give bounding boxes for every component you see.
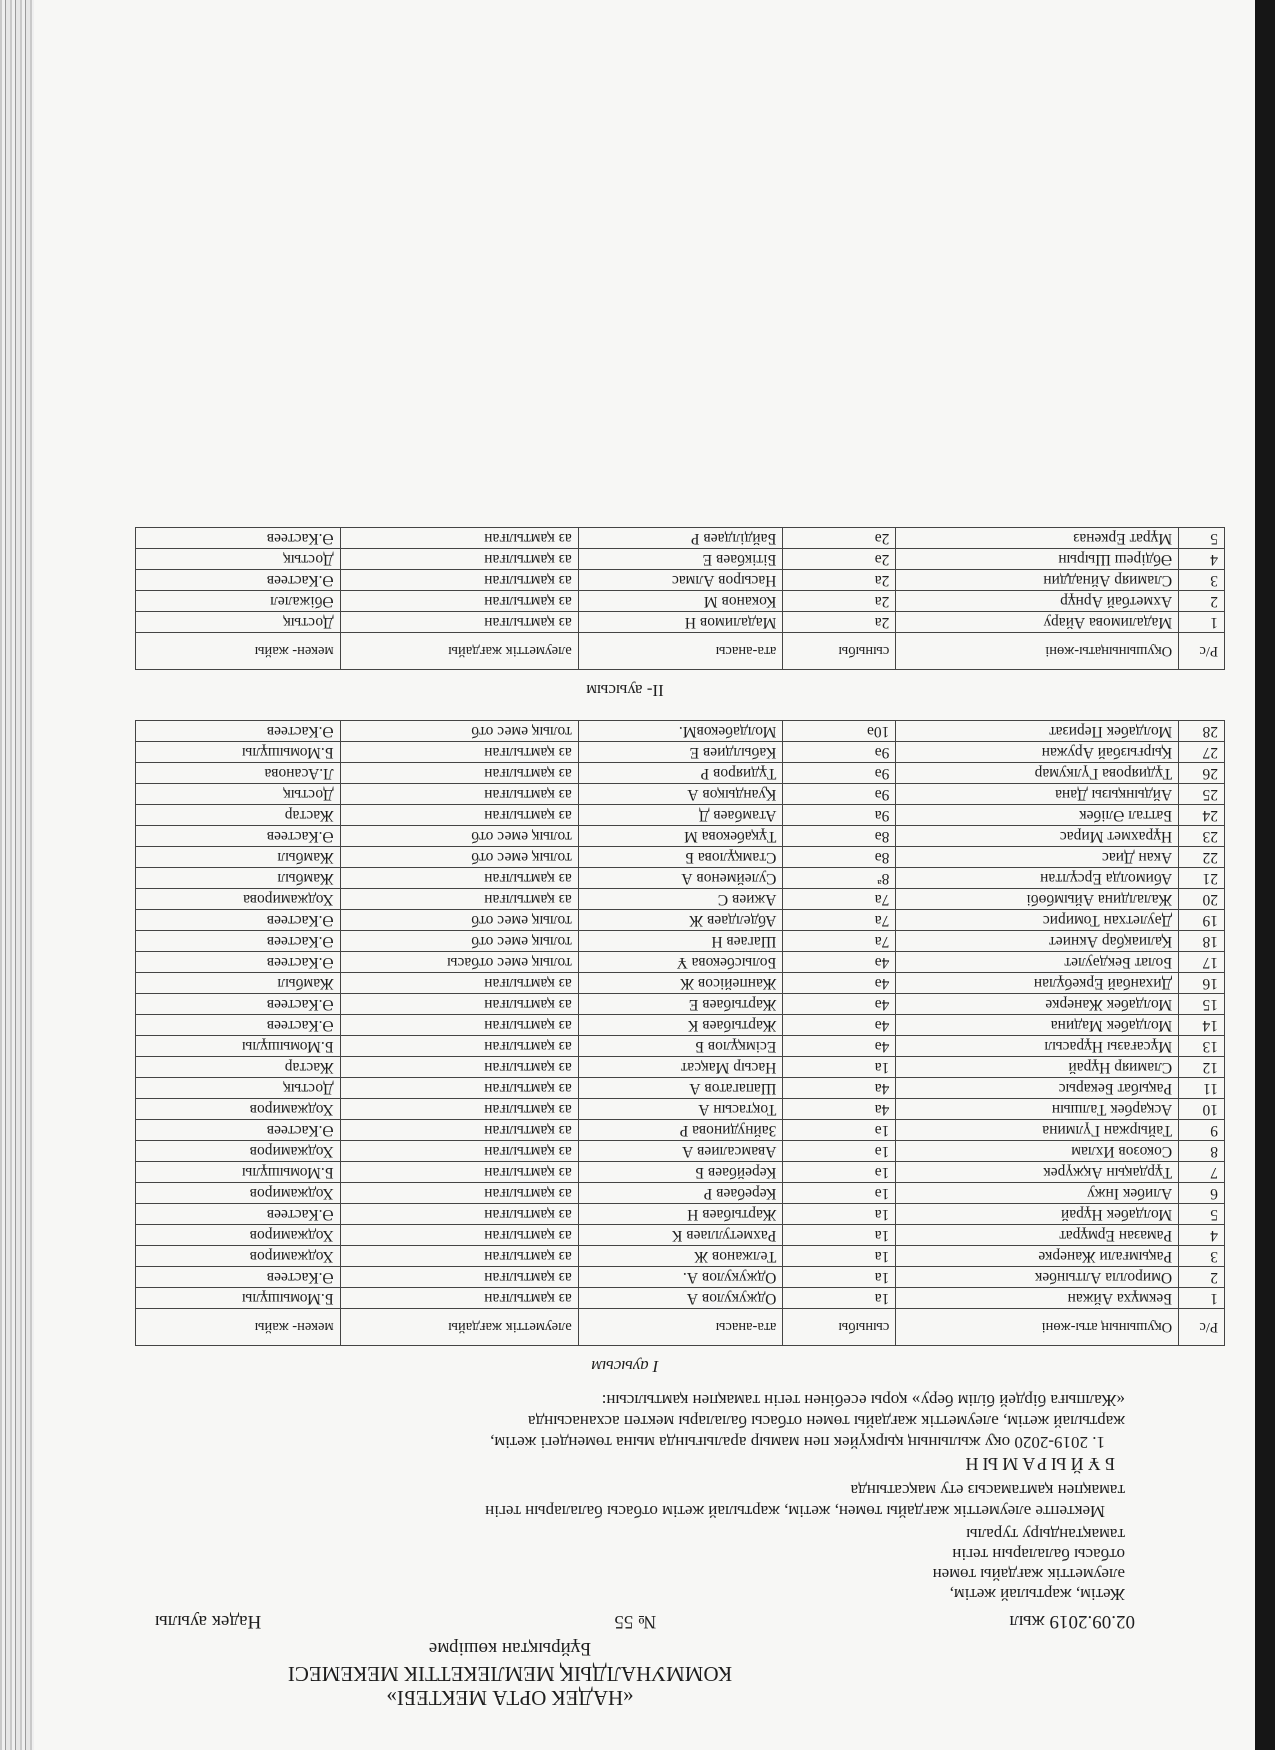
col-header-social-status: әлеуметтік жағдайы bbox=[340, 1309, 578, 1346]
cell-no: 27 bbox=[1179, 742, 1225, 763]
cell-class: 10ә bbox=[783, 721, 896, 742]
cell-social-status: аз қамтылған bbox=[340, 549, 578, 570]
cell-name: Акан Диас bbox=[896, 847, 1179, 868]
cell-class: 9ә bbox=[783, 784, 896, 805]
intro-line: тамақпен қамтамасыз ету мақсатында bbox=[205, 1480, 1125, 1501]
col-header-parent: ата-анасы bbox=[578, 1309, 783, 1346]
cell-social-status: аз қамтылған bbox=[340, 1267, 578, 1288]
cell-no: 2 bbox=[1179, 1267, 1225, 1288]
cell-address: Ә.Кастеев bbox=[136, 952, 341, 973]
table-row: 10Асқарбек Талшын4аТоқтасын Ааз қамтылға… bbox=[136, 1099, 1225, 1120]
table-row: 9Тайыржан Гүлмина1әЗайнудинова Раз қамты… bbox=[136, 1120, 1225, 1141]
cell-parent: Байділдаев Р bbox=[578, 528, 783, 549]
cell-no: 25 bbox=[1179, 784, 1225, 805]
scanned-document-page: «НАДЕК ОРТА МЕКТЕБІ» КОММУНАЛДЫҚ МЕМЛЕКЕ… bbox=[34, 0, 1255, 1750]
col-header-class: сыныбы bbox=[783, 1309, 896, 1346]
cell-no: 16 bbox=[1179, 973, 1225, 994]
cell-no: 24 bbox=[1179, 805, 1225, 826]
cell-parent: МолдабековМ. bbox=[578, 721, 783, 742]
cell-class: 1ә bbox=[783, 1183, 896, 1204]
cell-parent: Стамқұлова Б bbox=[578, 847, 783, 868]
section2-table: Р/с Оқушыныңаты-жөні сыныбы ата-анасы әл… bbox=[135, 527, 1225, 670]
cell-parent: Коканов М bbox=[578, 591, 783, 612]
cell-name: Тұдиярова Гүлкумар bbox=[896, 763, 1179, 784]
cell-name: Дәулетхан Томирис bbox=[896, 910, 1179, 931]
cell-name: Рамазан Ермұрат bbox=[896, 1225, 1179, 1246]
cell-address: Ходжамиров bbox=[136, 1183, 341, 1204]
table-row: 7Тұрдақын Ақжүрек1әКерейбаев Баз қамтылғ… bbox=[136, 1162, 1225, 1183]
cell-no: 4 bbox=[1179, 1225, 1225, 1246]
cell-parent: Авамсалиев А bbox=[578, 1141, 783, 1162]
cell-social-status: аз қамтылған bbox=[340, 1015, 578, 1036]
cell-class: 1а bbox=[783, 1225, 896, 1246]
cell-class: 4ә bbox=[783, 994, 896, 1015]
cell-name: Сламияр Айнаддин bbox=[896, 570, 1179, 591]
cell-address: Жастар bbox=[136, 1057, 341, 1078]
cell-no: 17 bbox=[1179, 952, 1225, 973]
cell-class: 7а bbox=[783, 910, 896, 931]
cell-social-status: аз қамтылған bbox=[340, 1141, 578, 1162]
cell-no: 26 bbox=[1179, 763, 1225, 784]
table-row: 17Болат Бекдәулет4әБолысбекова Ұтолық ем… bbox=[136, 952, 1225, 973]
cell-parent: Мадалимов Н bbox=[578, 612, 783, 633]
cell-parent: Жартыбаев К bbox=[578, 1015, 783, 1036]
cell-name: Нұрахмет Мирас bbox=[896, 826, 1179, 847]
cell-class: 9ә bbox=[783, 763, 896, 784]
cell-no: 20 bbox=[1179, 889, 1225, 910]
cell-class: 4а bbox=[783, 1078, 896, 1099]
cell-class: 1ә bbox=[783, 1120, 896, 1141]
cell-no: 13 bbox=[1179, 1036, 1225, 1057]
cell-social-status: аз қамтылған bbox=[340, 1036, 578, 1057]
section2-table-body: 1Мадалимова Айару2аМадалимов Наз қамтылғ… bbox=[136, 528, 1225, 633]
document-type: Бұйрықтан көшірме bbox=[25, 1636, 995, 1660]
table-row: 18Қалиақбар Акниет7аШагаев Нтолық емес о… bbox=[136, 931, 1225, 952]
cell-no: 3 bbox=[1179, 570, 1225, 591]
cell-address: Ходжамиров bbox=[136, 1099, 341, 1120]
cell-parent: Рахметуллаев К bbox=[578, 1225, 783, 1246]
cell-parent: Телжанов Ж bbox=[578, 1246, 783, 1267]
cell-parent: Болысбекова Ұ bbox=[578, 952, 783, 973]
cell-social-status: толық емес отб bbox=[340, 910, 578, 931]
cell-class: 2ә bbox=[783, 549, 896, 570]
cell-no: 5 bbox=[1179, 528, 1225, 549]
cell-social-status: аз қамтылған bbox=[340, 994, 578, 1015]
cell-parent: Жанпейісов Ж bbox=[578, 973, 783, 994]
col-header-parent: ата-анасы bbox=[578, 633, 783, 670]
table-row: 14Молдабек Мадина4әЖартыбаев Каз қамтылғ… bbox=[136, 1015, 1225, 1036]
cell-name: Алибек Інжу bbox=[896, 1183, 1179, 1204]
order-topic: Жетім, жартылай жетім, әлеуметтік жағдай… bbox=[25, 1524, 1125, 1604]
cell-parent: Есімқұлов Б bbox=[578, 1036, 783, 1057]
cell-no: 18 bbox=[1179, 931, 1225, 952]
document-meta: 02.09.2019 жыл № 55 Надек ауылы bbox=[155, 1610, 1135, 1632]
table-row: 13Мұсағазы Нұрасыл4әЕсімқұлов Баз қамтыл… bbox=[136, 1036, 1225, 1057]
cell-parent: Жартыбаев Н bbox=[578, 1204, 783, 1225]
cell-address: Ә.Кастеев bbox=[136, 1267, 341, 1288]
cell-name: Қалиақбар Акниет bbox=[896, 931, 1179, 952]
cell-address: Жамбыл bbox=[136, 847, 341, 868]
cell-class: 2ә bbox=[783, 528, 896, 549]
table-row: 23Нұрахмет Мирас8әТұқабекова Мтолық емес… bbox=[136, 826, 1225, 847]
section2-title: II- ауысым bbox=[105, 680, 1145, 700]
cell-no: 2 bbox=[1179, 591, 1225, 612]
cell-address: Әбіжалел bbox=[136, 591, 341, 612]
cell-social-status: аз қамтылған bbox=[340, 889, 578, 910]
table-row: 22Акан Диас8әСтамқұлова Бтолық емес отбЖ… bbox=[136, 847, 1225, 868]
topic-line: отбасы балаларын тегін bbox=[25, 1544, 1125, 1564]
table-row: 4Әбдіреш Шырын2әБітікбаев Еаз қамтылғанД… bbox=[136, 549, 1225, 570]
order-text: 1. 2019-2020 оқу жылының қыркүйек пен ма… bbox=[165, 1390, 1125, 1453]
cell-parent: Насыр Мақсат bbox=[578, 1057, 783, 1078]
cell-no: 21 bbox=[1179, 868, 1225, 889]
table-row: 12Сламияр Нұрай1аНасыр Мақсатаз қамтылға… bbox=[136, 1057, 1225, 1078]
cell-name: Айдынқызы Дана bbox=[896, 784, 1179, 805]
cell-class: 9ә bbox=[783, 742, 896, 763]
col-header-no: Р/с bbox=[1179, 1309, 1225, 1346]
table-row: 1Бекмұха Айжан1аОджукулов Ааз қамтылғанБ… bbox=[136, 1288, 1225, 1309]
cell-address: Жамбыл bbox=[136, 868, 341, 889]
cell-name: Бекмұха Айжан bbox=[896, 1288, 1179, 1309]
cell-no: 22 bbox=[1179, 847, 1225, 868]
cell-name: Баттал Әлібек bbox=[896, 805, 1179, 826]
cell-social-status: аз қамтылған bbox=[340, 868, 578, 889]
table-row: 21Абимолда Ерсұлтан8ªСулейменов Ааз қамт… bbox=[136, 868, 1225, 889]
cell-social-status: аз қамтылған bbox=[340, 570, 578, 591]
section1-table-body: 1Бекмұха Айжан1аОджукулов Ааз қамтылғанБ… bbox=[136, 721, 1225, 1309]
order-title: БҰЙЫРАМЫН bbox=[25, 1453, 1115, 1474]
table-row: 8Сокозов Ихлам1әАвамсалиев Ааз қамтылған… bbox=[136, 1141, 1225, 1162]
table-row: 19Дәулетхан Томирис7аАбделдаев Жтолық ем… bbox=[136, 910, 1225, 931]
cell-social-status: толық емес отб bbox=[340, 847, 578, 868]
cell-parent: Кабылдиев Е bbox=[578, 742, 783, 763]
cell-class: 1ә bbox=[783, 1141, 896, 1162]
topic-line: әлеуметтік жағдайы төмен bbox=[25, 1564, 1125, 1584]
cell-address: Л.Асанова bbox=[136, 763, 341, 784]
cell-social-status: аз қамтылған bbox=[340, 763, 578, 784]
cell-no: 11 bbox=[1179, 1078, 1225, 1099]
cell-class: 8ә bbox=[783, 847, 896, 868]
cell-class: 9а bbox=[783, 805, 896, 826]
cell-social-status: аз қамтылған bbox=[340, 528, 578, 549]
cell-social-status: толық емес отб bbox=[340, 826, 578, 847]
cell-parent: Қуандықов А bbox=[578, 784, 783, 805]
cell-name: Молдабек Жанерке bbox=[896, 994, 1179, 1015]
table-row: 1Мадалимова Айару2аМадалимов Наз қамтылғ… bbox=[136, 612, 1225, 633]
col-header-address: мекен- жайы bbox=[136, 1309, 341, 1346]
document-number: № 55 bbox=[614, 1610, 656, 1632]
cell-class: 4ә bbox=[783, 1036, 896, 1057]
cell-name: Молдабек Нұрай bbox=[896, 1204, 1179, 1225]
cell-class: 4а bbox=[783, 1099, 896, 1120]
cell-no: 14 bbox=[1179, 1015, 1225, 1036]
cell-class: 1а bbox=[783, 1288, 896, 1309]
cell-class: 4ә bbox=[783, 973, 896, 994]
cell-social-status: аз қамтылған bbox=[340, 1225, 578, 1246]
cell-parent: Абделдаев Ж bbox=[578, 910, 783, 931]
cell-class: 4ә bbox=[783, 952, 896, 973]
cell-parent: Шапагатов А bbox=[578, 1078, 783, 1099]
cell-name: Тұрдақын Ақжүрек bbox=[896, 1162, 1179, 1183]
cell-address: Ә.Кастеев bbox=[136, 528, 341, 549]
cell-parent: Тұдияров Р bbox=[578, 763, 783, 784]
cell-social-status: аз қамтылған bbox=[340, 1162, 578, 1183]
table-row: 20Жалалдина Айымбөбі7аАжиев Саз қамтылға… bbox=[136, 889, 1225, 910]
cell-no: 1 bbox=[1179, 612, 1225, 633]
cell-no: 15 bbox=[1179, 994, 1225, 1015]
cell-address: Достық bbox=[136, 612, 341, 633]
intro-paragraph: Мектепте әлеуметтік жағдайы төмен, жетім… bbox=[205, 1480, 1105, 1522]
cell-name: Жалалдина Айымбөбі bbox=[896, 889, 1179, 910]
cell-name: Мұсағазы Нұрасыл bbox=[896, 1036, 1179, 1057]
cell-social-status: аз қамтылған bbox=[340, 1099, 578, 1120]
table-row: 28Молдабек Перизат10әМолдабековМ.толық е… bbox=[136, 721, 1225, 742]
cell-no: 6 bbox=[1179, 1183, 1225, 1204]
cell-class: 1а bbox=[783, 1204, 896, 1225]
school-institution-name: КОММУНАЛДЫҚ МЕМЛЕКЕТТІК МЕКЕМЕСІ bbox=[25, 1662, 995, 1686]
cell-name: Ахметбай Арнұр bbox=[896, 591, 1179, 612]
cell-address: Жастар bbox=[136, 805, 341, 826]
cell-no: 4 bbox=[1179, 549, 1225, 570]
cell-social-status: аз қамтылған bbox=[340, 1204, 578, 1225]
document-place: Надек ауылы bbox=[155, 1610, 261, 1632]
col-header-name: Оқушыныңаты-жөні bbox=[896, 633, 1179, 670]
cell-parent: Атамбаев Д bbox=[578, 805, 783, 826]
cell-address: Ә.Кастеев bbox=[136, 910, 341, 931]
cell-no: 1 bbox=[1179, 1288, 1225, 1309]
cell-class: 2а bbox=[783, 570, 896, 591]
cell-class: 2а bbox=[783, 591, 896, 612]
cell-no: 19 bbox=[1179, 910, 1225, 931]
cell-address: Ә.Кастеев bbox=[136, 931, 341, 952]
topic-line: тамақтандыру туралы bbox=[25, 1524, 1125, 1544]
table-row: 6Алибек Інжу1әКеребаев Раз қамтылғанХодж… bbox=[136, 1183, 1225, 1204]
cell-social-status: аз қамтылған bbox=[340, 1246, 578, 1267]
section1-table: Р/с Оқушының аты-жөні сыныбы ата-анасы ә… bbox=[135, 720, 1225, 1346]
cell-name: Молдабек Перизат bbox=[896, 721, 1179, 742]
cell-address: Достық bbox=[136, 1078, 341, 1099]
table-row: 27Қырғызбай Аружан9әКабылдиев Еаз қамтыл… bbox=[136, 742, 1225, 763]
cell-parent: Тұқабекова М bbox=[578, 826, 783, 847]
cell-class: 8ә bbox=[783, 826, 896, 847]
cell-address: Ә.Кастеев bbox=[136, 826, 341, 847]
document-date: 02.09.2019 жыл bbox=[1009, 1610, 1135, 1632]
cell-name: Сокозов Ихлам bbox=[896, 1141, 1179, 1162]
cell-class: 1ә bbox=[783, 1162, 896, 1183]
cell-address: Достық bbox=[136, 784, 341, 805]
cell-name: Омиролла Алтынбек bbox=[896, 1267, 1179, 1288]
table-row: 11Рақыбат Бекарыс4аШапагатов Ааз қамтылғ… bbox=[136, 1078, 1225, 1099]
table-row: 2Омиролла Алтынбек1аОджукулов А.аз қамты… bbox=[136, 1267, 1225, 1288]
cell-social-status: толық емес отб bbox=[340, 721, 578, 742]
cell-no: 3 bbox=[1179, 1246, 1225, 1267]
cell-name: Әбдіреш Шырын bbox=[896, 549, 1179, 570]
col-header-social-status: әлеуметтік жағдайы bbox=[340, 633, 578, 670]
scan-edge-right bbox=[1255, 0, 1275, 1750]
cell-name: Тайыржан Гүлмина bbox=[896, 1120, 1179, 1141]
cell-class: 8ª bbox=[783, 868, 896, 889]
table-row: 5Молдабек Нұрай1аЖартыбаев Наз қамтылған… bbox=[136, 1204, 1225, 1225]
cell-name: Рақыбат Бекарыс bbox=[896, 1078, 1179, 1099]
cell-no: 12 bbox=[1179, 1057, 1225, 1078]
col-header-address: мекен- жайы bbox=[136, 633, 341, 670]
cell-class: 1а bbox=[783, 1246, 896, 1267]
cell-address: Ә.Кастеев bbox=[136, 1015, 341, 1036]
cell-name: Абимолда Ерсұлтан bbox=[896, 868, 1179, 889]
cell-parent: Зайнудинова Р bbox=[578, 1120, 783, 1141]
cell-address: Ходжамиров bbox=[136, 1246, 341, 1267]
cell-social-status: аз қамтылған bbox=[340, 784, 578, 805]
cell-social-status: толық емес отб bbox=[340, 931, 578, 952]
cell-parent: Шагаев Н bbox=[578, 931, 783, 952]
cell-no: 28 bbox=[1179, 721, 1225, 742]
cell-parent: Бітікбаев Е bbox=[578, 549, 783, 570]
cell-address: Б.Момышұлы bbox=[136, 1288, 341, 1309]
cell-parent: Насыров Алмас bbox=[578, 570, 783, 591]
cell-name: Қырғызбай Аружан bbox=[896, 742, 1179, 763]
cell-class: 2а bbox=[783, 612, 896, 633]
cell-social-status: аз қамтылған bbox=[340, 973, 578, 994]
cell-social-status: толық емес отбасы bbox=[340, 952, 578, 973]
cell-parent: Оджукулов А bbox=[578, 1288, 783, 1309]
cell-parent: Керейбаев Б bbox=[578, 1162, 783, 1183]
cell-name: Молдабек Мадина bbox=[896, 1015, 1179, 1036]
table-row: 15Молдабек Жанерке4әЖартыбаев Еаз қамтыл… bbox=[136, 994, 1225, 1015]
table-row: 26Тұдиярова Гүлкумар9әТұдияров Раз қамты… bbox=[136, 763, 1225, 784]
cell-no: 9 bbox=[1179, 1120, 1225, 1141]
cell-name: Асқарбек Талшын bbox=[896, 1099, 1179, 1120]
order-line: «Жалпыға бірдей білім беру» қоры есебіне… bbox=[165, 1390, 1125, 1411]
cell-parent: Оджукулов А. bbox=[578, 1267, 783, 1288]
cell-address: Ә.Кастеев bbox=[136, 570, 341, 591]
cell-social-status: аз қамтылған bbox=[340, 1288, 578, 1309]
section1-title: I ауысым bbox=[105, 1356, 1145, 1376]
cell-address: Ходжамиров bbox=[136, 1225, 341, 1246]
cell-social-status: аз қамтылған bbox=[340, 1057, 578, 1078]
cell-no: 23 bbox=[1179, 826, 1225, 847]
table-header-row: Р/с Оқушының аты-жөні сыныбы ата-анасы ә… bbox=[136, 1309, 1225, 1346]
cell-no: 10 bbox=[1179, 1099, 1225, 1120]
cell-class: 1а bbox=[783, 1057, 896, 1078]
topic-line: Жетім, жартылай жетім, bbox=[25, 1584, 1125, 1604]
cell-address: Ходжамиров bbox=[136, 1141, 341, 1162]
cell-address: Ходжамирова bbox=[136, 889, 341, 910]
cell-social-status: аз қамтылған bbox=[340, 742, 578, 763]
cell-name: Рақымғали Жанерке bbox=[896, 1246, 1179, 1267]
school-quote-name: «НАДЕК ОРТА МЕКТЕБІ» bbox=[25, 1686, 995, 1710]
cell-address: Б.Момышұлы bbox=[136, 742, 341, 763]
cell-address: Ә.Кастеев bbox=[136, 1120, 341, 1141]
order-line: 1. 2019-2020 оқу жылының қыркүйек пен ма… bbox=[165, 1432, 1105, 1453]
cell-parent: Ажиев С bbox=[578, 889, 783, 910]
cell-name: Болат Бекдәулет bbox=[896, 952, 1179, 973]
cell-parent: Жартыбаев Е bbox=[578, 994, 783, 1015]
cell-name: Диханбай Еркебұлан bbox=[896, 973, 1179, 994]
cell-social-status: аз қамтылған bbox=[340, 612, 578, 633]
cell-address: Ә.Кастеев bbox=[136, 721, 341, 742]
cell-no: 8 bbox=[1179, 1141, 1225, 1162]
table-row: 4Рамазан Ермұрат1аРахметуллаев Каз қамты… bbox=[136, 1225, 1225, 1246]
table-row: 5Мұрат Еркеназ2әБайділдаев Раз қамтылған… bbox=[136, 528, 1225, 549]
col-header-name: Оқушының аты-жөні bbox=[896, 1309, 1179, 1346]
cell-social-status: аз қамтылған bbox=[340, 591, 578, 612]
cell-class: 7а bbox=[783, 931, 896, 952]
cell-address: Б.Момышұлы bbox=[136, 1036, 341, 1057]
cell-parent: Керебаев Р bbox=[578, 1183, 783, 1204]
cell-address: Ә.Кастеев bbox=[136, 994, 341, 1015]
intro-line: Мектепте әлеуметтік жағдайы төмен, жетім… bbox=[205, 1501, 1105, 1522]
col-header-no: Р/с bbox=[1179, 633, 1225, 670]
cell-address: Достық bbox=[136, 549, 341, 570]
table-row: 3Рақымғали Жанерке1аТелжанов Жаз қамтылғ… bbox=[136, 1246, 1225, 1267]
table-row: 25Айдынқызы Дана9әҚуандықов Ааз қамтылға… bbox=[136, 784, 1225, 805]
cell-no: 5 bbox=[1179, 1204, 1225, 1225]
table-row: 3Сламияр Айнаддин2аНасыров Алмасаз қамты… bbox=[136, 570, 1225, 591]
cell-no: 7 bbox=[1179, 1162, 1225, 1183]
cell-name: Мұрат Еркеназ bbox=[896, 528, 1179, 549]
col-header-class: сыныбы bbox=[783, 633, 896, 670]
cell-address: Б.Момышұлы bbox=[136, 1162, 341, 1183]
table-row: 2Ахметбай Арнұр2аКоканов Маз қамтылғанӘб… bbox=[136, 591, 1225, 612]
cell-class: 4ә bbox=[783, 1015, 896, 1036]
cell-class: 1а bbox=[783, 1267, 896, 1288]
school-header: «НАДЕК ОРТА МЕКТЕБІ» КОММУНАЛДЫҚ МЕМЛЕКЕ… bbox=[25, 1636, 995, 1710]
cell-address: Ә.Кастеев bbox=[136, 1204, 341, 1225]
table-header-row: Р/с Оқушыныңаты-жөні сыныбы ата-анасы әл… bbox=[136, 633, 1225, 670]
cell-social-status: аз қамтылған bbox=[340, 1183, 578, 1204]
cell-class: 7а bbox=[783, 889, 896, 910]
cell-social-status: аз қамтылған bbox=[340, 1120, 578, 1141]
cell-parent: Сулейменов А bbox=[578, 868, 783, 889]
cell-parent: Тоқтасын А bbox=[578, 1099, 783, 1120]
table-row: 24Баттал Әлібек9аАтамбаев Даз қамтылғанЖ… bbox=[136, 805, 1225, 826]
order-line: жартылай жетім, әлеуметтік жағдайы төмен… bbox=[165, 1411, 1125, 1432]
table-row: 16Диханбай Еркебұлан4әЖанпейісов Жаз қам… bbox=[136, 973, 1225, 994]
cell-social-status: аз қамтылған bbox=[340, 805, 578, 826]
cell-name: Сламияр Нұрай bbox=[896, 1057, 1179, 1078]
cell-social-status: аз қамтылған bbox=[340, 1078, 578, 1099]
cell-address: Жамбыл bbox=[136, 973, 341, 994]
cell-name: Мадалимова Айару bbox=[896, 612, 1179, 633]
